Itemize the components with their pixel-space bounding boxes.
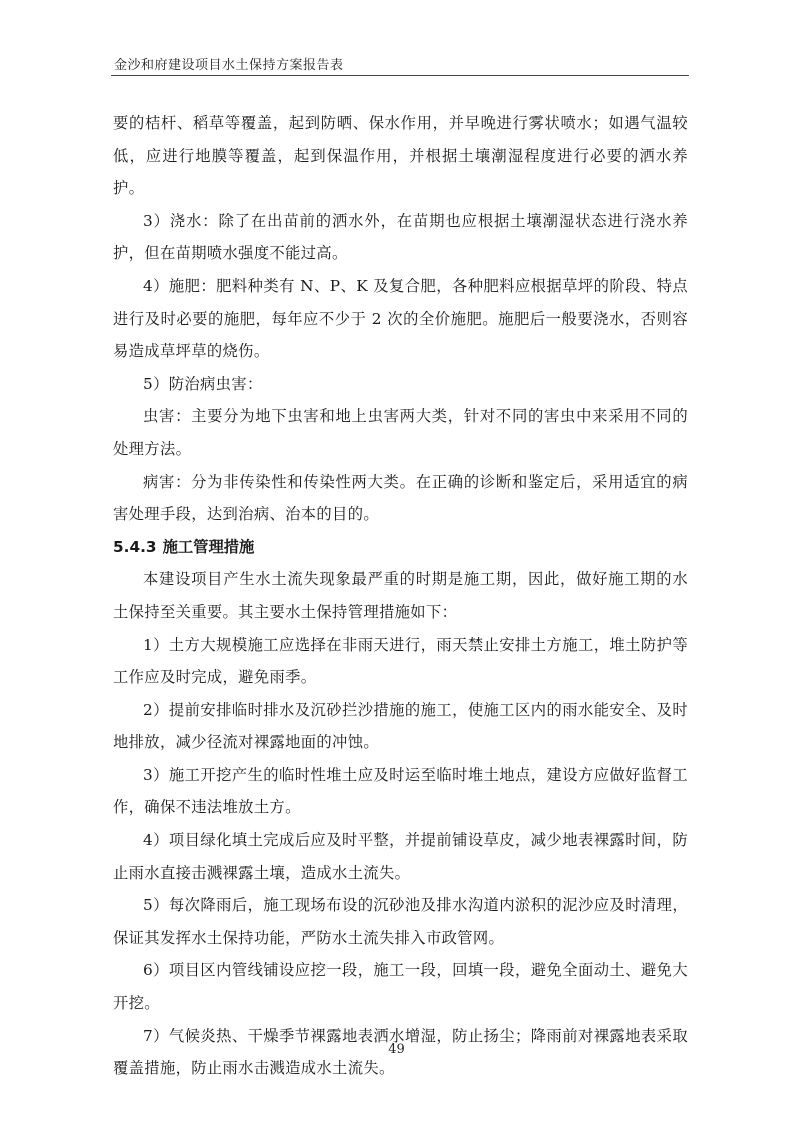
measure-item-1: 1）土方大规模施工应选择在非雨天进行，雨天禁止安排土方施工，堆土防护等工作应及时… [113,629,688,694]
page-body: 要的桔杆、稻草等覆盖，起到防晒、保水作用，并早晚进行雾状喷水；如遇气温较低，应进… [113,107,688,1085]
paragraph-watering: 3）浇水：除了在出苗前的洒水外，在苗期也应根据土壤潮湿状态进行浇水养护，但在苗期… [113,205,688,270]
section-title: 施工管理措施 [163,538,255,556]
paragraph-fertilizing: 4）施肥：肥料种类有 N、P、K 及复合肥，各种肥料应根据草坪的阶段、特点进行及… [113,270,688,368]
paragraph-intro: 本建设项目产生水土流失现象最严重的时期是施工期，因此，做好施工期的水土保持至关重… [113,563,688,628]
measure-item-2: 2）提前安排临时排水及沉砂拦沙措施的施工，使施工区内的雨水能安全、及时地排放，减… [113,694,688,759]
measure-item-5: 5）每次降雨后，施工现场布设的沉砂池及排水沟道内淤积的泥沙应及时清理，保证其发挥… [113,889,688,954]
running-header: 金沙和府建设项目水土保持方案报告表 [111,53,689,76]
paragraph-insect-pests: 虫害：主要分为地下虫害和地上虫害两大类，针对不同的害虫中来采用不同的处理方法。 [113,400,688,465]
paragraph-covering-continuation: 要的桔杆、稻草等覆盖，起到防晒、保水作用，并早晚进行雾状喷水；如遇气温较低，应进… [113,107,688,205]
paragraph-pest-control-heading: 5）防治病虫害： [113,368,688,401]
measure-item-3: 3）施工开挖产生的临时性堆土应及时运至临时堆土地点，建设方应做好监督工作，确保不… [113,759,688,824]
section-heading: 5.4.3施工管理措施 [113,531,688,564]
measure-item-6: 6）项目区内管线铺设应挖一段，施工一段，回填一段，避免全面动土、避免大开挖。 [113,954,688,1019]
paragraph-diseases: 病害：分为非传染性和传染性两大类。在正确的诊断和鉴定后，采用适宜的病害处理手段，… [113,466,688,531]
page-number: 49 [0,1042,793,1057]
section-number: 5.4.3 [113,538,157,556]
document-title: 金沙和府建设项目水土保持方案报告表 [114,54,344,73]
measure-item-4: 4）项目绿化填土完成后应及时平整，并提前铺设草皮，减少地表裸露时间，防止雨水直接… [113,824,688,889]
